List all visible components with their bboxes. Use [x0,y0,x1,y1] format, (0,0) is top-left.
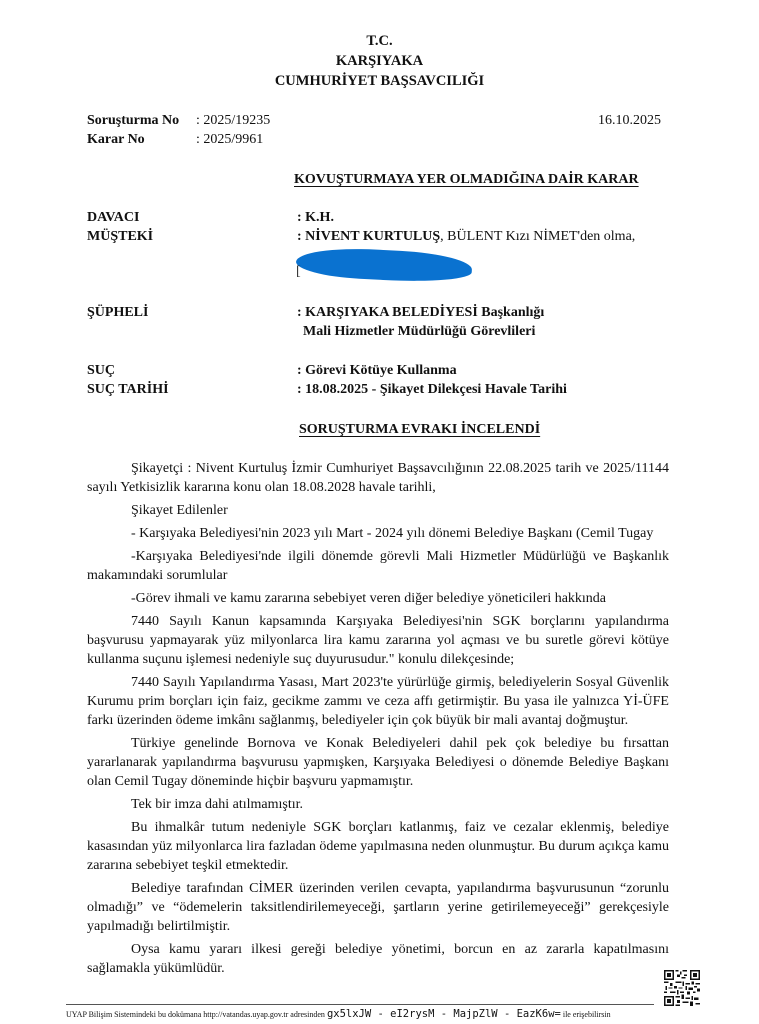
footer-prefix: UYAP Bilişim Sistemindeki bu dokümana ht… [66,1010,325,1019]
decision-no-value: : 2025/9961 [196,132,263,148]
complainant-name: : NİVENT KURTULUŞ [297,229,440,244]
section-title: SORUŞTURMA EVRAKI İNCELENDİ [299,422,540,438]
paragraph: -Karşıyaka Belediyesi'nde ilgili dönemde… [87,547,669,585]
complainant-label: MÜŞTEKİ [87,229,153,245]
investigation-no-label: Soruşturma No [87,113,179,129]
crime-value: : Görevi Kötüye Kullanma [297,363,457,379]
footer-suffix: ile erişebilirsin [563,1010,611,1019]
complainant-value: : NİVENT KURTULUŞ, BÜLENT Kızı NİMET'den… [297,229,635,245]
decision-no-label: Karar No [87,132,145,148]
investigation-no-value: : 2025/19235 [196,113,270,129]
qr-code-icon [664,970,700,1006]
footer: UYAP Bilişim Sistemindeki bu dokümana ht… [66,1008,611,1020]
footer-divider [66,1004,654,1005]
redacted-bracket: [ [296,264,301,280]
crime-date-value: : 18.08.2025 - Şikayet Dilekçesi Havale … [297,382,567,398]
document-body: Şikayetçi : Nivent Kurtuluş İzmir Cumhur… [87,459,669,978]
redaction-mark [295,245,472,284]
investigation-no-text: : 2025/19235 [196,113,270,128]
suspect-value: : KARŞIYAKA BELEDİYESİ Başkanlığı [297,305,544,321]
paragraph: Bu ihmalkâr tutum nedeniyle SGK borçları… [87,818,669,875]
header-tc: T.C. [0,33,759,50]
suspect-label: ŞÜPHELİ [87,305,148,321]
paragraph: Şikayet Edilenler [87,501,669,520]
complainant-details: , BÜLENT Kızı NİMET'den olma, [440,229,635,244]
plaintiff-value: : K.H. [297,210,334,226]
paragraph: -Görev ihmali ve kamu zararına sebebiyet… [87,589,669,608]
paragraph: Belediye tarafından CİMER üzerinden veri… [87,879,669,936]
header-city: KARŞIYAKA [0,53,759,70]
crime-date-label: SUÇ TARİHİ [87,382,169,398]
document-title: KOVUŞTURMAYA YER OLMADIĞINA DAİR KARAR [294,172,639,188]
footer-access-code: gx5lxJW - eI2rysM - MajpZlW - EazK6w= [327,1008,561,1020]
suspect-unit: Başkanlığı [478,305,545,320]
paragraph: 7440 Sayılı Yapılandırma Yasası, Mart 20… [87,673,669,730]
paragraph: Türkiye genelinde Bornova ve Konak Beled… [87,734,669,791]
crime-label: SUÇ [87,363,115,379]
header-office: CUMHURİYET BAŞSAVCILIĞI [0,73,759,90]
document-date: 16.10.2025 [598,113,661,129]
suspect-name: : KARŞIYAKA BELEDİYESİ [297,305,478,320]
paragraph: Oysa kamu yararı ilkesi gereği belediye … [87,940,669,978]
paragraph: - Karşıyaka Belediyesi'nin 2023 yılı Mar… [87,524,669,543]
paragraph: Şikayetçi : Nivent Kurtuluş İzmir Cumhur… [87,459,669,497]
plaintiff-label: DAVACI [87,210,139,226]
suspect-line2: Mali Hizmetler Müdürlüğü Görevlileri [303,324,535,340]
paragraph: Tek bir imza dahi atılmamıştır. [87,795,669,814]
paragraph: 7440 Sayılı Kanun kapsamında Karşıyaka B… [87,612,669,669]
